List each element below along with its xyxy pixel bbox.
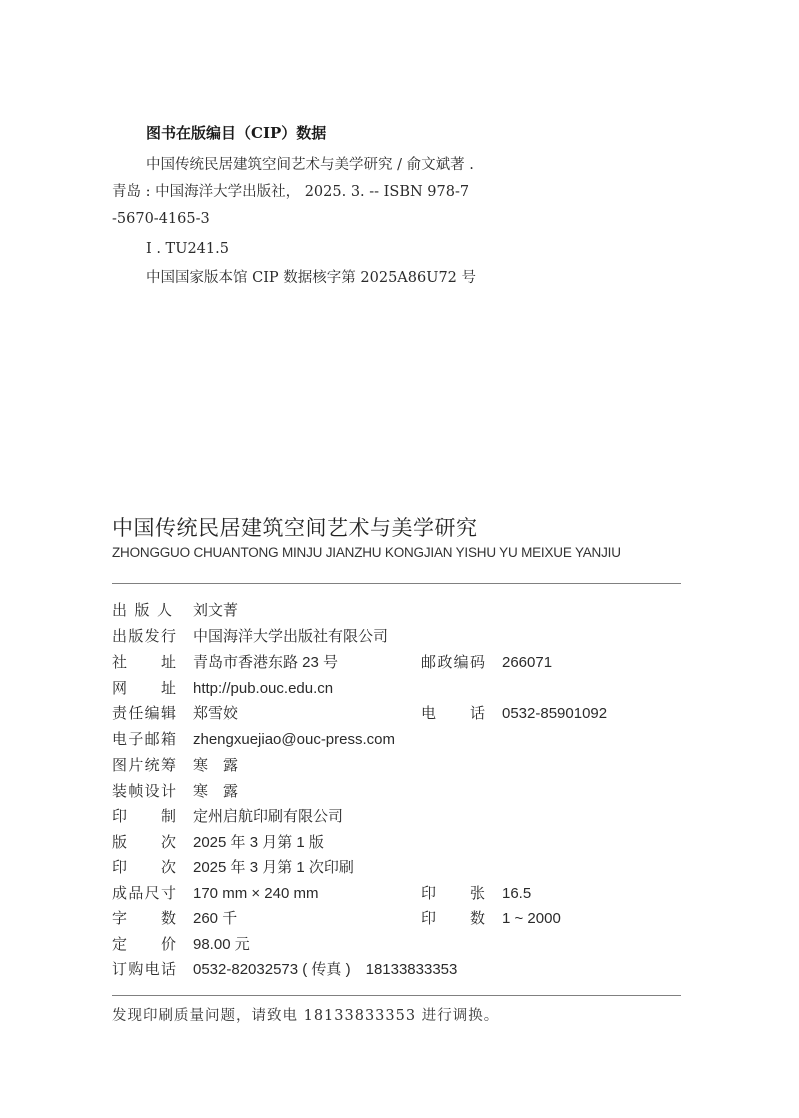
top-divider: [112, 583, 681, 584]
label-char: 出: [112, 600, 127, 622]
label-char: 政: [437, 652, 452, 674]
label-char: 张: [470, 883, 485, 905]
colophon-label: 印制: [112, 806, 176, 828]
label-char: 数: [470, 908, 485, 930]
book-title: 中国传统民居建筑空间艺术与美学研究: [112, 512, 478, 542]
colophon-value-secondary: 0532-85901092: [502, 703, 607, 725]
cip-line-isbn-cont: -5670-4165-3: [112, 210, 210, 228]
label-char: 印: [421, 883, 436, 905]
colophon-value: http://pub.ouc.edu.cn: [193, 678, 333, 700]
colophon-label: 网址: [112, 678, 176, 700]
label-char: 电: [421, 703, 436, 725]
label-char: 址: [161, 652, 176, 674]
colophon-value: 寒 露: [193, 755, 238, 777]
label-char: 行: [161, 626, 176, 648]
colophon-value: 170 mm × 240 mm: [193, 883, 318, 905]
cip-line-publisher: 青岛 : 中国海洋大学出版社， 2025. 3. -- ISBN 978-7: [112, 183, 469, 201]
colophon-label: 社址: [112, 652, 176, 674]
colophon-label: 图片统筹: [112, 755, 176, 777]
label-char: 计: [161, 781, 176, 803]
label-char: 邮: [421, 652, 436, 674]
print-quality-note: 发现印刷质量问题，请致电 18133833353 进行调换。: [112, 1004, 499, 1025]
label-char: 话: [161, 959, 176, 981]
label-char: 版: [134, 600, 149, 622]
cip-line-title: 中国传统民居建筑空间艺术与美学研究 / 俞文斌著 .: [146, 156, 474, 174]
label-char: 社: [112, 652, 127, 674]
label-char: 尺: [145, 883, 160, 905]
label-char: 发: [145, 626, 160, 648]
colophon-value: 寒 露: [193, 781, 238, 803]
colophon-label: 电子邮箱: [112, 729, 176, 751]
label-char: 电: [112, 729, 127, 751]
label-char: 印: [112, 857, 127, 879]
colophon-value: zhengxuejiao@ouc-press.com: [193, 729, 395, 751]
label-char: 编: [145, 703, 160, 725]
label-char: 寸: [161, 883, 176, 905]
colophon-value-secondary: 16.5: [502, 883, 531, 905]
label-char: 统: [145, 755, 160, 777]
colophon-value: 刘文菁: [193, 600, 238, 622]
label-char: 装: [112, 781, 127, 803]
colophon-value: 青岛市香港东路 23 号: [193, 652, 338, 674]
colophon-label: 装帧设计: [112, 781, 176, 803]
colophon-label: 订购电话: [112, 959, 176, 981]
label-char: 订: [112, 959, 127, 981]
label-char: 次: [161, 857, 176, 879]
label-char: 帧: [128, 781, 143, 803]
colophon-value: 0532-82032573 ( 传真 ) 18133833353: [193, 959, 457, 981]
label-char: 印: [112, 806, 127, 828]
colophon-label-secondary: 电话: [421, 703, 485, 725]
bottom-divider: [112, 995, 681, 996]
colophon-value: 中国海洋大学出版社有限公司: [193, 626, 388, 648]
colophon-label-secondary: 印张: [421, 883, 485, 905]
colophon-label: 定价: [112, 934, 176, 956]
colophon-label: 责任编辑: [112, 703, 176, 725]
colophon-label: 版次: [112, 832, 176, 854]
colophon-label: 印次: [112, 857, 176, 879]
colophon-value: 98.00 元: [193, 934, 250, 956]
label-char: 字: [112, 908, 127, 930]
label-char: 编: [454, 652, 469, 674]
label-char: 版: [128, 626, 143, 648]
colophon-value: 2025 年 3 月第 1 版: [193, 832, 324, 854]
label-char: 话: [470, 703, 485, 725]
label-char: 责: [112, 703, 127, 725]
label-char: 版: [112, 832, 127, 854]
label-char: 人: [157, 600, 172, 622]
colophon-value-secondary: 266071: [502, 652, 552, 674]
colophon-value: 定州启航印刷有限公司: [193, 806, 343, 828]
label-char: 筹: [161, 755, 176, 777]
label-char: 价: [161, 934, 176, 956]
colophon-label-secondary: 印数: [421, 908, 485, 930]
label-char: 箱: [161, 729, 176, 751]
cip-line-cip-number: 中国国家版本馆 CIP 数据核字第 2025A86U72 号: [146, 269, 476, 287]
cip-heading: 图书在版编目（CIP）数据: [146, 124, 326, 142]
label-char: 邮: [145, 729, 160, 751]
label-char: 数: [161, 908, 176, 930]
colophon-label: 字数: [112, 908, 176, 930]
book-title-pinyin: ZHONGGUO CHUANTONG MINJU JIANZHU KONGJIA…: [112, 545, 621, 560]
label-char: 电: [145, 959, 160, 981]
label-char: 出: [112, 626, 127, 648]
label-char: 任: [128, 703, 143, 725]
label-char: 片: [128, 755, 143, 777]
colophon-label: 出版发行: [112, 626, 176, 648]
label-char: 次: [161, 832, 176, 854]
label-char: 子: [128, 729, 143, 751]
label-char: 设: [145, 781, 160, 803]
colophon-value: 260 千: [193, 908, 237, 930]
label-char: 码: [470, 652, 485, 674]
label-char: 成: [112, 883, 127, 905]
colophon-value: 郑雪姣: [193, 703, 238, 725]
label-char: 购: [128, 959, 143, 981]
colophon-value: 2025 年 3 月第 1 次印刷: [193, 857, 354, 879]
label-char: 印: [421, 908, 436, 930]
label-char: 定: [112, 934, 127, 956]
label-char: 图: [112, 755, 127, 777]
label-char: 品: [128, 883, 143, 905]
label-char: 网: [112, 678, 127, 700]
colophon-label: 出版人: [112, 600, 172, 622]
colophon-label: 成品尺寸: [112, 883, 176, 905]
label-char: 址: [161, 678, 176, 700]
colophon-label-secondary: 邮政编码: [421, 652, 485, 674]
colophon-value-secondary: 1 ~ 2000: [502, 908, 561, 930]
label-char: 辑: [161, 703, 176, 725]
label-char: 制: [161, 806, 176, 828]
cip-line-classification: Ⅰ . TU241.5: [146, 240, 229, 258]
